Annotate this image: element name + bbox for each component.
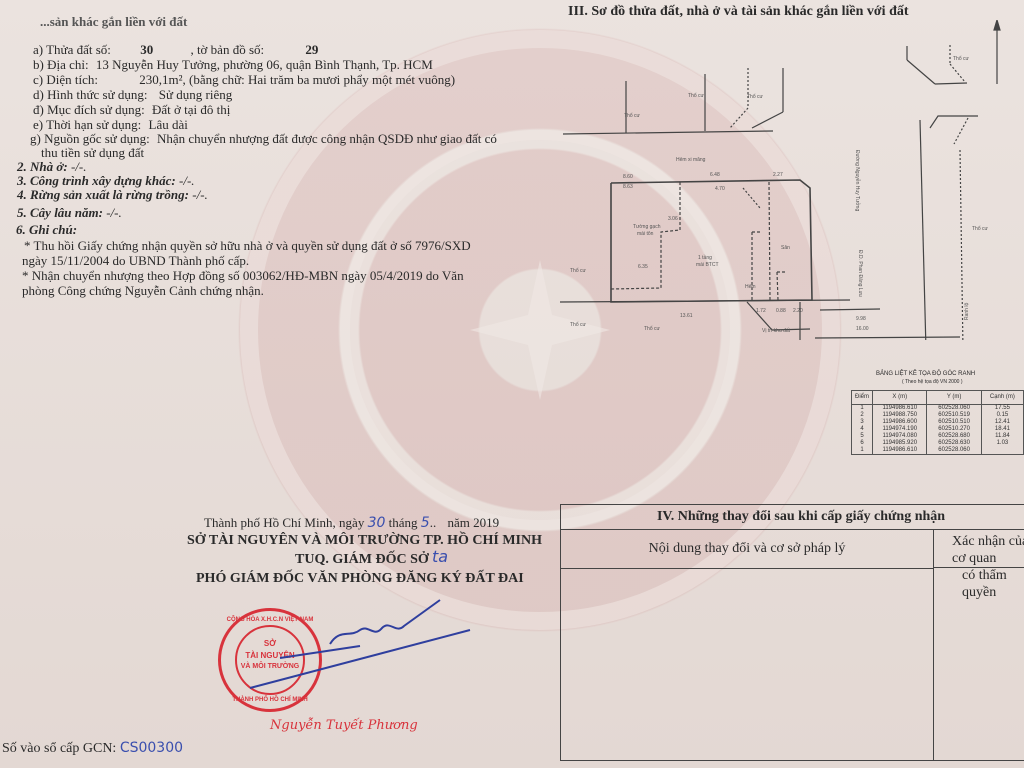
coord-cell: 602510.270	[927, 426, 981, 433]
origin-value: Nhận chuyển nhượng đất được công nhận QS…	[157, 131, 497, 146]
other-construction-row: 3. Công trình xây dựng khác: -/-.	[17, 173, 195, 188]
forest-label: 4. Rừng sản xuất là rừng trồng:	[17, 187, 189, 202]
coord-cell: 11.84	[981, 433, 1023, 440]
coord-cell: 602528.680	[927, 433, 981, 440]
usage-form-label: d) Hình thức sử dụng:	[33, 87, 147, 102]
usage-term-row: e) Thời hạn sử dụng: Lâu dài	[33, 117, 188, 132]
coord-row: 21194988.750602510.5190.15	[852, 412, 1024, 419]
coord-row: 11194986.610602528.06017.55	[852, 405, 1024, 413]
usage-form-row: d) Hình thức sử dụng: Sử dụng riêng	[33, 87, 232, 102]
signing-month: 5	[421, 515, 430, 531]
svg-text:3.06: 3.06	[668, 216, 678, 222]
signing-date: Thành phố Hồ Chí Minh, ngày 30 tháng 5..…	[204, 515, 499, 531]
initial-mark: ta	[432, 549, 448, 564]
svg-text:4.70: 4.70	[715, 186, 725, 192]
registry-row: Số vào sổ cấp GCN: CS00300	[2, 741, 183, 756]
signing-title-2: PHÓ GIÁM ĐỐC VĂN PHÒNG ĐĂNG KÝ ĐẤT ĐAI	[196, 571, 524, 586]
svg-text:Ranh lộ: Ranh lộ	[964, 303, 970, 320]
coord-cell: 602528.060	[927, 405, 981, 413]
area-label: c) Diện tích:	[33, 72, 98, 87]
svg-text:Tường gạch: Tường gạch	[633, 224, 661, 230]
parcel-number-row: a) Thửa đất số: 30 , tờ bản đồ số: 29	[33, 42, 318, 57]
usage-term-value: Lâu dài	[149, 117, 188, 132]
coord-cell: 1194986.610	[873, 405, 927, 413]
coord-cell	[981, 447, 1023, 455]
coord-cell: 12.41	[981, 419, 1023, 426]
svg-text:Thổ cư: Thổ cư	[747, 93, 764, 100]
svg-text:Thổ cư: Thổ cư	[972, 225, 989, 232]
parcel-label: a) Thửa đất số:	[33, 42, 111, 57]
map-sheet-value: 29	[305, 42, 318, 57]
svg-text:6.35: 6.35	[638, 264, 648, 270]
note-line-3: * Nhận chuyển nhượng theo Hợp đồng số 00…	[22, 268, 464, 283]
svg-text:Hẻm xi măng: Hẻm xi măng	[676, 157, 706, 163]
notes-label: 6. Ghi chú:	[16, 222, 77, 237]
usage-purpose-value: Đất ở tại đô thị	[152, 102, 230, 117]
coord-cell: 2	[852, 412, 873, 419]
forest-row: 4. Rừng sản xuất là rừng trồng: -/-.	[17, 187, 208, 202]
svg-text:2.27: 2.27	[773, 172, 783, 178]
coord-cell: 3	[852, 419, 873, 426]
perennial-value: -/-.	[106, 205, 122, 220]
house-row: 2. Nhà ở: -/-.	[17, 159, 86, 174]
other-construction-value: -/-.	[179, 173, 195, 188]
coord-table: Điểm X (m) Y (m) Cạnh (m) 11194986.61060…	[851, 390, 1024, 455]
svg-text:Sân: Sân	[781, 245, 790, 251]
address-value: 13 Nguyễn Huy Tưởng, phường 06, quận Bìn…	[96, 57, 433, 72]
coord-cell: 0.15	[981, 412, 1023, 419]
address-label: b) Địa chỉ:	[33, 57, 89, 72]
changes-divider	[933, 568, 934, 760]
svg-text:Thổ cư: Thổ cư	[644, 325, 661, 332]
coord-cell: 1194988.750	[873, 412, 927, 419]
signing-title-1: TUQ. GIÁM ĐỐC SỞ	[295, 552, 429, 567]
coord-row: 41194974.190602510.27018.41	[852, 426, 1024, 433]
note-line-1: * Thu hồi Giấy chứng nhận quyền sở hữu n…	[24, 238, 471, 253]
svg-text:1.72: 1.72	[756, 308, 766, 314]
address-row: b) Địa chỉ: 13 Nguyễn Huy Tưởng, phường …	[33, 57, 433, 72]
coord-row: 61194985.920602528.6301.03	[852, 440, 1024, 447]
coord-cell: 602528.060	[927, 447, 981, 455]
svg-text:Hẻm: Hẻm	[745, 284, 756, 290]
changes-col-content: Nội dung thay đổi và cơ sở pháp lý	[561, 530, 934, 569]
origin-value-cont: thu tiền sử dụng đất	[41, 145, 144, 160]
month-label: tháng	[389, 515, 418, 530]
coord-cell: 1194974.080	[873, 433, 927, 440]
house-label: 2. Nhà ở:	[17, 159, 68, 174]
origin-label: g) Nguồn gốc sử dụng:	[30, 131, 150, 146]
svg-text:2.20: 2.20	[793, 308, 803, 314]
coord-cell: 602510.510	[927, 419, 981, 426]
coord-cell: 5	[852, 433, 873, 440]
area-value: 230,1m², (bằng chữ: Hai trăm ba mươi phẩ…	[139, 72, 455, 87]
svg-text:6.48: 6.48	[710, 172, 720, 178]
svg-text:Đường Nguyễn Huy Tưởng: Đường Nguyễn Huy Tưởng	[854, 150, 861, 211]
usage-purpose-row: đ) Mục đích sử dụng: Đất ở tại đô thị	[33, 102, 230, 117]
perennial-row: 5. Cây lâu năm: -/-.	[17, 205, 122, 220]
coord-cell: 602510.519	[927, 412, 981, 419]
forest-value: -/-.	[192, 187, 208, 202]
note-line-2: ngày 15/11/2004 do UBND Thành phố cấp.	[22, 253, 249, 268]
svg-text:mái BTCT: mái BTCT	[696, 262, 719, 268]
svg-text:0.88: 0.88	[776, 308, 786, 314]
coord-table-subtitle: ( Theo hệ tọa độ VN 2000 )	[902, 375, 963, 390]
coord-cell: 1.03	[981, 440, 1023, 447]
signing-org: SỞ TÀI NGUYÊN VÀ MÔI TRƯỜNG TP. HỒ CHÍ M…	[187, 533, 542, 548]
coord-cell: 1	[852, 447, 873, 455]
svg-text:9.98: 9.98	[856, 316, 866, 322]
usage-term-label: e) Thời hạn sử dụng:	[33, 117, 141, 132]
signer-name: Nguyễn Tuyết Phương	[270, 718, 418, 733]
usage-form-value: Sử dụng riêng	[159, 87, 233, 102]
note-line-4: phòng Công chứng Nguyễn Cảnh chứng nhận.	[22, 283, 264, 298]
changes-table: IV. Những thay đổi sau khi cấp giấy chứn…	[560, 504, 1024, 761]
signature-icon	[240, 598, 480, 698]
signing-place: Thành phố Hồ Chí Minh, ngày	[204, 515, 364, 530]
parcel-diagram: Thổ cư Thổ cư Thổ cư Thổ cư Thổ cư Thổ c…	[560, 20, 1024, 340]
svg-text:1 tầng: 1 tầng	[698, 255, 712, 261]
origin-row: g) Nguồn gốc sử dụng: Nhận chuyển nhượng…	[30, 131, 497, 146]
svg-text:Đ.D. Phan Đăng Lưu: Đ.D. Phan Đăng Lưu	[857, 250, 863, 297]
svg-text:8.63: 8.63	[623, 184, 633, 190]
house-value: -/-.	[71, 159, 87, 174]
usage-purpose-label: đ) Mục đích sử dụng:	[33, 102, 145, 117]
coord-cell: 1194985.920	[873, 440, 927, 447]
svg-text:Thổ cư: Thổ cư	[570, 267, 587, 274]
coord-row: 11194986.610602528.060	[852, 447, 1024, 455]
svg-text:Thổ cư: Thổ cư	[688, 92, 705, 99]
svg-text:mái tôn: mái tôn	[637, 231, 654, 237]
registry-value: CS00300	[120, 740, 183, 756]
coord-header-edge: Cạnh (m)	[981, 391, 1023, 405]
coord-cell: 4	[852, 426, 873, 433]
year-label: năm	[447, 515, 469, 530]
svg-text:8.60: 8.60	[623, 174, 633, 180]
coord-header-y: Y (m)	[927, 391, 981, 405]
svg-text:Thổ cư: Thổ cư	[624, 112, 641, 119]
svg-text:13.61: 13.61	[680, 313, 693, 319]
svg-text:Vị trí khu đất: Vị trí khu đất	[762, 328, 791, 334]
coord-cell: 18.41	[981, 426, 1023, 433]
coord-cell: 1194986.600	[873, 419, 927, 426]
coord-cell: 1	[852, 405, 873, 413]
registry-label: Số vào sổ cấp GCN:	[2, 741, 116, 756]
confirmation-line-1: Xác nhận của cơ quan	[952, 533, 1024, 567]
coord-cell: 6	[852, 440, 873, 447]
coord-cell: 602528.630	[927, 440, 981, 447]
section1-heading: ...sản khác gắn liền với đất	[40, 14, 187, 29]
signing-day: 30	[368, 515, 386, 531]
svg-text:16.00: 16.00	[856, 326, 869, 332]
map-sheet-label: , tờ bản đồ số:	[190, 42, 264, 57]
signing-year: 2019	[473, 515, 499, 530]
parcel-value: 30	[140, 42, 153, 57]
coord-cell: 17.55	[981, 405, 1023, 413]
coord-row: 51194974.080602528.68011.84	[852, 433, 1024, 440]
confirmation-line-2: có thẩm quyền	[952, 567, 1024, 601]
section3-title: III. Sơ đồ thửa đất, nhà ở và tài sản kh…	[568, 4, 909, 19]
perennial-label: 5. Cây lâu năm:	[17, 205, 103, 220]
changes-col-confirmation: Xác nhận của cơ quan có thẩm quyền	[934, 530, 1024, 568]
coord-header-point: Điểm	[852, 391, 873, 405]
svg-text:Thổ cư: Thổ cư	[953, 55, 970, 62]
changes-table-title: IV. Những thay đổi sau khi cấp giấy chứn…	[561, 505, 1024, 530]
other-construction-label: 3. Công trình xây dựng khác:	[17, 173, 176, 188]
area-row: c) Diện tích: 230,1m², (bằng chữ: Hai tr…	[33, 72, 455, 87]
coord-cell: 1194974.190	[873, 426, 927, 433]
coord-header-x: X (m)	[873, 391, 927, 405]
coord-cell: 1194986.610	[873, 447, 927, 455]
svg-text:Thổ cư: Thổ cư	[570, 321, 587, 328]
coord-row: 31194986.600602510.51012.41	[852, 419, 1024, 426]
